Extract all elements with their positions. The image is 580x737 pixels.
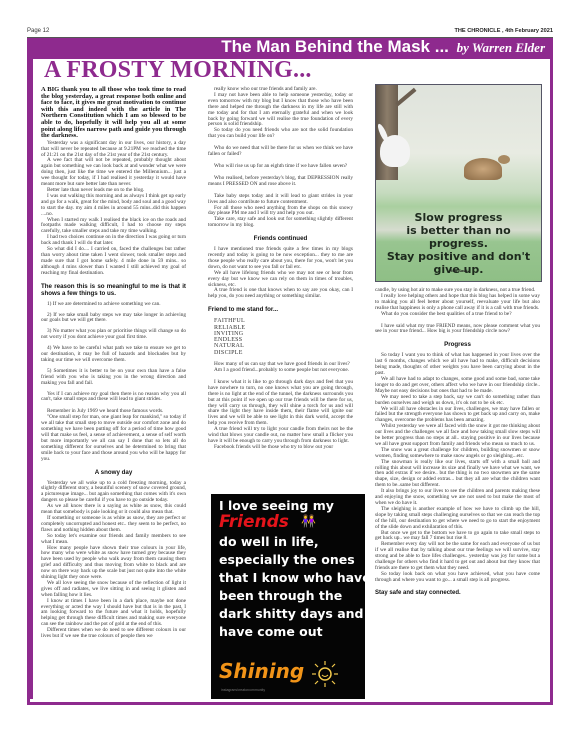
column-3: candle, by using hot air to make sure yo… <box>375 288 540 597</box>
image-text: been through the <box>219 588 342 603</box>
paragraph: I have said what my true FRIEND means, n… <box>375 324 540 336</box>
paragraph: Yes if I can achieve my goal then there … <box>41 392 186 404</box>
caption-line: is better than no progress. <box>376 224 541 250</box>
column-banner: The Man Behind the Mask ... by Warren El… <box>27 38 553 59</box>
paragraph: How many people have shown their true co… <box>41 546 186 581</box>
friends-continued-heading: Friends continued <box>208 235 353 242</box>
progress-heading: Progress <box>375 341 540 348</box>
paragraph: So today look back on what you have achi… <box>375 572 540 584</box>
paragraph: Yesterday we all woke up to a cold freez… <box>41 481 186 505</box>
paragraph: We all love seeing the snow because of t… <box>41 581 186 599</box>
paragraph: I really love helping others and hope th… <box>375 294 540 312</box>
paragraph: If something or someone is as white as s… <box>41 516 186 534</box>
caption-line: Stay positive and don't <box>376 250 541 263</box>
paragraph: I was out walking this morning and as al… <box>41 194 186 218</box>
paragraph: Yesterday was a significant day in our l… <box>41 141 186 159</box>
lead-paragraph: A BIG thank you to all those who took ti… <box>41 87 186 140</box>
image-text: I love seeing my <box>219 498 334 513</box>
numbered-point: 5) Sometimes it is better to be on your … <box>41 369 186 387</box>
question: Who realised, before yesterday's blog, t… <box>208 176 353 188</box>
image-text: that I know who have <box>219 570 365 585</box>
acrostic-word: DISCIPLE <box>214 350 353 356</box>
tortoise-head <box>498 155 510 164</box>
numbered-points: 1) If we are determined to achieve somet… <box>41 302 186 387</box>
paragraph: Remember every day will not be the same … <box>375 542 540 572</box>
paragraph: I know at times I have been in a dark pl… <box>41 599 186 629</box>
paragraph: The sleighing is another example of how … <box>375 507 540 531</box>
banner-title: The Man Behind the Mask ... by Warren El… <box>221 37 545 57</box>
numbered-point: 3) No matter what you plan or prioritise… <box>41 329 186 341</box>
image-text: have come out <box>219 624 323 639</box>
question: Who do we need that will be there for us… <box>208 146 353 158</box>
paragraph: We will all have obstacles in our lives,… <box>375 407 540 425</box>
paragraph: Whilst yesterday we were all faced with … <box>375 424 540 448</box>
numbered-point: 1) If we are determined to achieve somet… <box>41 302 186 308</box>
image-text: do well in life, <box>219 534 319 549</box>
paragraph: We all have lifelong friends who we may … <box>208 271 353 289</box>
paragraph: Take baby steps today and it will lead t… <box>208 194 353 206</box>
friends-quote-image: I love seeing my Friends 👭 do well in li… <box>211 494 365 699</box>
byline: by Warren Elder <box>457 40 545 55</box>
paragraph: It also brings joy to our lives to see t… <box>375 489 540 507</box>
image-caption: Slow progress is better than no progress… <box>376 211 541 276</box>
tortoise-illustration <box>464 158 502 180</box>
image-shining-text: Shining <box>219 659 304 683</box>
image-text: especially the ones <box>219 552 355 567</box>
paragraph: So today do you need friends who are not… <box>208 128 353 140</box>
paragraph: So what did I do.... I carried on, faced… <box>41 247 186 277</box>
tortoise-quote-image: Slow progress is better than no progress… <box>375 84 542 282</box>
rabbit-illustration <box>380 135 410 167</box>
paragraph: We may need to take a step back, say we … <box>375 395 540 407</box>
paragraph: Facebook friends will be those who try t… <box>208 445 353 451</box>
frame-left-bar <box>27 59 33 699</box>
sun-icon <box>311 660 339 688</box>
numbered-point: 2) If we take small baby steps we may ta… <box>41 313 186 325</box>
two-girls-emoji-icon: 👭 <box>301 514 316 529</box>
paragraph: So today let's examine our friends and f… <box>41 534 186 546</box>
image-highlight-text: Friends <box>219 512 289 532</box>
paragraph: What do you consider the best qualities … <box>375 312 540 318</box>
closing-line: Stay safe and stay connected. <box>375 591 540 597</box>
paragraph: The snow was a great challenge for child… <box>375 448 540 460</box>
image-credit: Ritu Sawi <box>376 268 541 273</box>
caption-line: Slow progress <box>376 211 541 224</box>
question: Who will rise us up for an eighth time i… <box>208 164 353 170</box>
tree-branch <box>396 88 417 106</box>
paragraph: When I started my walk I realised the bl… <box>41 218 186 236</box>
snowy-day-heading: A snowy day <box>41 469 186 476</box>
paragraph: A true friend is one that knows when to … <box>208 288 353 300</box>
paragraph: So today I want you to think of what has… <box>375 353 540 377</box>
paragraph: We all have had to adapt to changes, som… <box>375 377 540 395</box>
paragraph: Take care, stay safe and look out for so… <box>208 217 353 229</box>
meaningful-heading: The reason this is so meaningful to me i… <box>41 283 186 297</box>
paragraph: I have mentioned true friends quite a fe… <box>208 247 353 271</box>
paragraph: "One small step for man, one giant leap … <box>41 415 186 462</box>
image-text: dark shitty days and <box>219 606 364 621</box>
paragraph: Am I a good friend...probably to some pe… <box>208 368 353 374</box>
paragraph: A true friend will try to light your can… <box>208 427 353 445</box>
column-1: A BIG thank you to all those who took ti… <box>41 87 186 640</box>
column-name: The Man Behind the Mask ... <box>221 37 449 56</box>
article-headline: A FROSTY MORNING... <box>44 57 312 84</box>
paragraph: Different times when we do need to see d… <box>41 628 186 640</box>
friend-stand-for-heading: Friend to me stand for... <box>208 306 353 313</box>
paragraph: I know what it is like to go through dar… <box>208 380 353 427</box>
paragraph: I may not have been able to help someone… <box>208 93 353 128</box>
paragraph: A wee fact that will not be repeated, pr… <box>41 158 186 188</box>
paragraph: The snowman is really like our lives, st… <box>375 460 540 490</box>
numbered-point: 4) We have to be careful what path we ta… <box>41 346 186 364</box>
friend-acrostic: FAITHFUL RELIABLE INVITING ENDLESS NATUR… <box>214 318 353 356</box>
image-credit: instagram/creatorcommunity <box>221 688 265 692</box>
column-2: really know who our true friends and fam… <box>208 87 353 451</box>
